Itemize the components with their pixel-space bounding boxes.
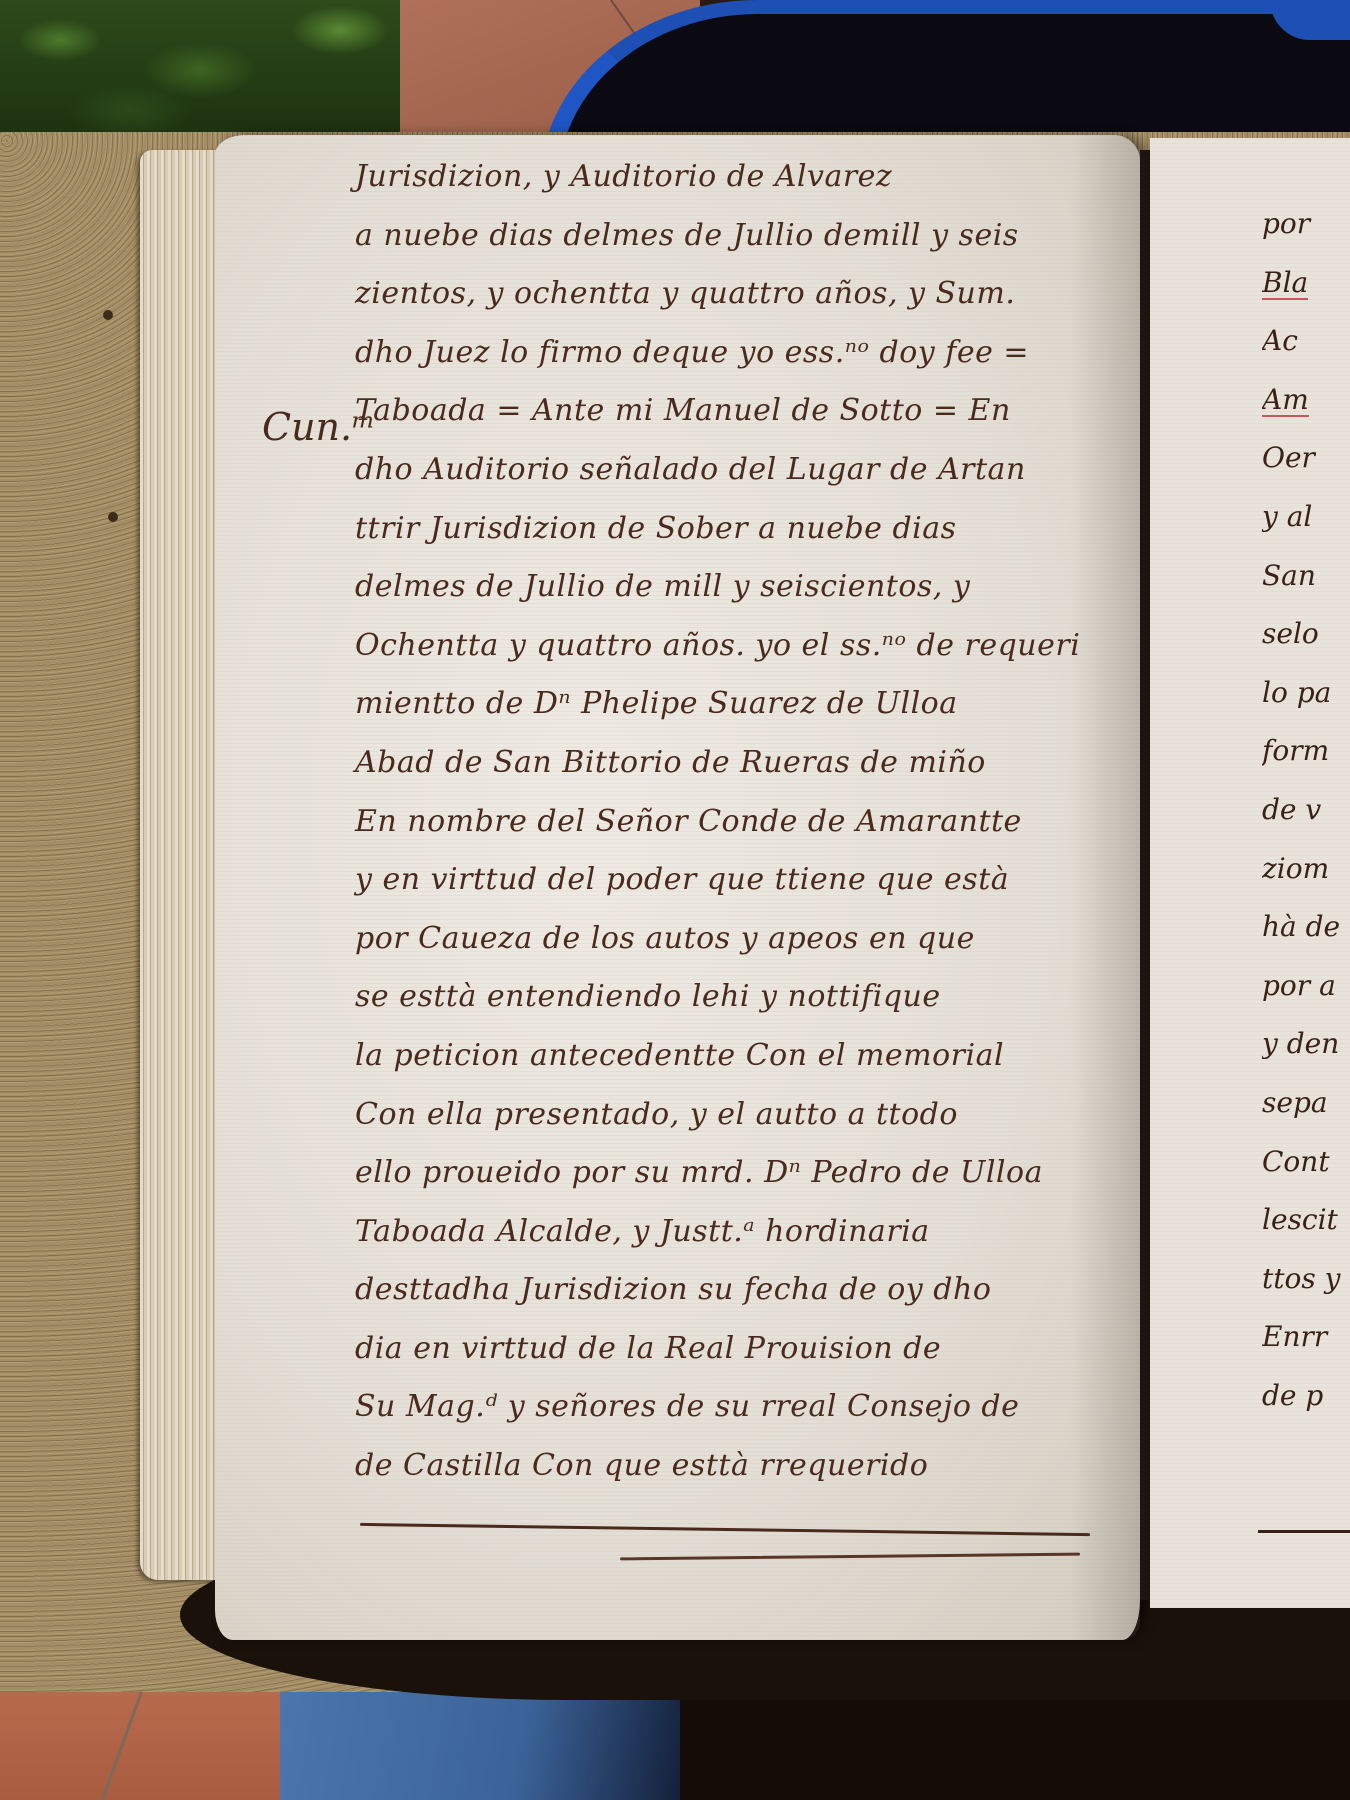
cork-hole [108, 512, 118, 522]
facing-page-line: ttos y [1262, 1250, 1350, 1309]
manuscript-line: Jurisdizion, y Auditorio de Alvarez [355, 148, 1115, 207]
manuscript-line: zientos, y ochentta y quattro años, y Su… [355, 265, 1115, 324]
manuscript-line: desttadha Jurisdizion su fecha de oy dho [355, 1261, 1115, 1320]
facing-page-line: Am [1262, 371, 1350, 430]
manuscript-line: ello proueido por su mrd. Dⁿ Pedro de Ul… [355, 1144, 1115, 1203]
manuscript-line: se esttà entendiendo lehi y nottifique [355, 968, 1115, 1027]
facing-page-line: Ac [1262, 312, 1350, 371]
facing-page-line: San [1262, 547, 1350, 606]
manuscript-line: Taboada Alcalde, y Justt.ᵃ hordinaria [355, 1203, 1115, 1262]
manuscript-line: En nombre del Señor Conde de Amarantte [355, 793, 1115, 852]
manuscript-line: la peticion antecedentte Con el memorial [355, 1027, 1115, 1086]
manuscript-line: de Castilla Con que esttà rrequerido [355, 1437, 1115, 1496]
manuscript-line: mientto de Dⁿ Phelipe Suarez de Ulloa [355, 675, 1115, 734]
facing-page-line: por a [1262, 957, 1350, 1016]
facing-page-rule-line [1258, 1530, 1350, 1533]
manuscript-line: Abad de San Bittorio de Rueras de miño [355, 734, 1115, 793]
background-jeans [280, 1692, 680, 1800]
facing-page-line: Oer [1262, 429, 1350, 488]
manuscript-line: Taboada = Ante mi Manuel de Sotto = En [355, 382, 1115, 441]
facing-page-line: Enrr [1262, 1308, 1350, 1367]
facing-page-line: Cont [1262, 1133, 1350, 1192]
facing-page-line: Bla [1262, 254, 1350, 313]
facing-page-line: lo pa [1262, 664, 1350, 723]
facing-page-line: de p [1262, 1367, 1350, 1426]
manuscript-line: Su Mag.ᵈ y señores de su rreal Consejo d… [355, 1378, 1115, 1437]
book-gutter [1140, 150, 1150, 1600]
facing-page-line: ziom [1262, 840, 1350, 899]
manuscript-text: Jurisdizion, y Auditorio de Alvarez a nu… [355, 148, 1115, 1496]
manuscript-line: dia en virttud de la Real Prouision de [355, 1320, 1115, 1379]
manuscript-line: y en virttud del poder que ttiene que es… [355, 851, 1115, 910]
cork-hole [103, 310, 113, 320]
facing-page-line: form [1262, 722, 1350, 781]
red-underlined-word: Am [1262, 385, 1309, 417]
facing-page-line: lescit [1262, 1191, 1350, 1250]
manuscript-line: a nuebe dias delmes de Jullio demill y s… [355, 207, 1115, 266]
facing-page-line: selo [1262, 605, 1350, 664]
facing-page-line: y den [1262, 1015, 1350, 1074]
manuscript-line: dho Auditorio señalado del Lugar de Arta… [355, 441, 1115, 500]
manuscript-line: por Caueza de los autos y apeos en que [355, 910, 1115, 969]
facing-page-line: de v [1262, 781, 1350, 840]
facing-page-text: por Bla Ac Am Oer y al San selo lo pa fo… [1262, 195, 1350, 1425]
facing-page-line: hà de [1262, 898, 1350, 957]
manuscript-line: Con ella presentado, y el autto a ttodo [355, 1086, 1115, 1145]
facing-page-line: y al [1262, 488, 1350, 547]
manuscript-line: Ochentta y quattro años. yo el ss.ⁿᵒ de … [355, 617, 1115, 676]
facing-page-line: por [1262, 195, 1350, 254]
facing-page-line: sepa [1262, 1074, 1350, 1133]
manuscript-line: delmes de Jullio de mill y seiscientos, … [355, 558, 1115, 617]
red-underlined-word: Bla [1262, 268, 1308, 300]
manuscript-line: dho Juez lo firmo deque yo ess.ⁿᵒ doy fe… [355, 324, 1115, 383]
manuscript-line: ttrir Jurisdizion de Sober a nuebe dias [355, 500, 1115, 559]
